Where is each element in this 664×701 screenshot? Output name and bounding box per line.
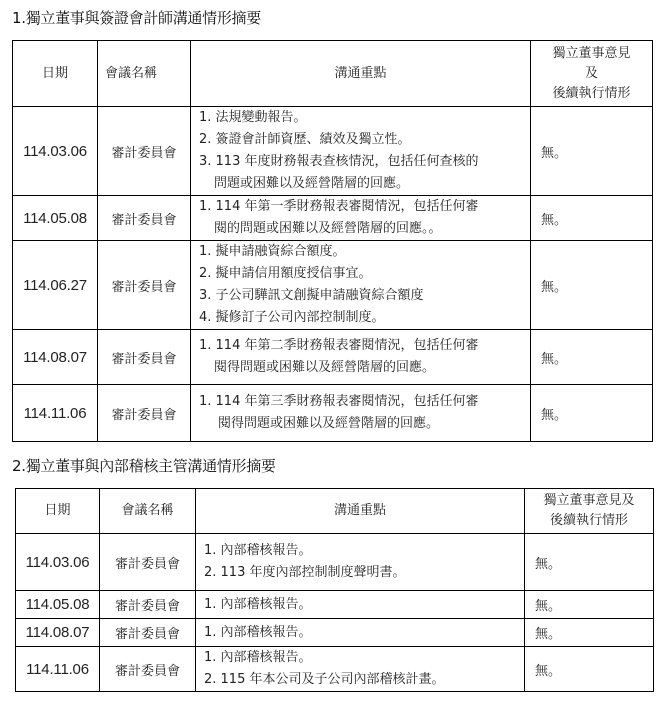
point-item-continuation: 問題或困難以及經營階層的回應。: [199, 173, 530, 195]
point-item: 1. 內部稽核報告。: [204, 647, 524, 669]
point-item: 3. 113 年度財務報表查核情況，包括任何查核的: [199, 151, 530, 173]
point-item: 1. 114 年第三季財務報表審閱情況，包括任何審: [199, 391, 530, 413]
row-points: 1. 114 年第二季財務報表審閱情況，包括任何審 閱得問題或困難以及經營階層的…: [191, 330, 531, 385]
point-item: 2. 擬申請信用額度授信事宜。: [199, 263, 530, 285]
point-item: 1. 內部稽核報告。: [204, 594, 524, 616]
header-points: 溝通重點: [191, 41, 531, 107]
row-opinion: 無。: [525, 534, 654, 591]
row-date: 114.06.27: [13, 241, 98, 330]
table-row: 114.11.06 審計委員會 1. 內部稽核報告。 2. 115 年本公司及子…: [16, 647, 654, 692]
header-date: 日期: [13, 41, 98, 107]
header-opinion: 獨立董事意見及 後續執行情形: [525, 489, 654, 534]
point-item: 2. 113 年度內部控制制度聲明書。: [204, 562, 524, 584]
header-opinion-line3: 後續執行情形: [531, 84, 652, 104]
table-header-row: 日期 會議名稱 溝通重點 獨立董事意見 及 後續執行情形: [13, 41, 653, 107]
row-date: 114.08.07: [13, 330, 98, 385]
row-date: 114.11.06: [16, 647, 100, 692]
table-row: 114.03.06 審計委員會 1. 法規變動報告。 2. 簽證會計師資歷、績效…: [13, 107, 653, 196]
header-points: 溝通重點: [196, 489, 525, 534]
row-points: 1. 114 年第一季財務報表審閱情況，包括任何審 閱的問題或困難以及經營階層的…: [191, 196, 531, 241]
header-opinion-line1: 獨立董事意見: [531, 44, 652, 64]
table-header-row: 日期 會議名稱 溝通重點 獨立董事意見及 後續執行情形: [16, 489, 654, 534]
row-points: 1. 內部稽核報告。: [196, 619, 525, 647]
cpa-communication-table: 日期 會議名稱 溝通重點 獨立董事意見 及 後續執行情形 114.03.06 審…: [12, 40, 653, 442]
point-item-continuation: 閱得問題或困難以及經營階層的回應。: [199, 413, 530, 435]
row-meeting: 審計委員會: [98, 196, 191, 241]
row-meeting: 審計委員會: [100, 647, 196, 692]
point-item-continuation: 閱的問題或困難以及經營階層的回應。。: [199, 218, 530, 240]
point-item: 2. 簽證會計師資歷、績效及獨立性。: [199, 129, 530, 151]
internal-audit-communication-table: 日期 會議名稱 溝通重點 獨立董事意見及 後續執行情形 114.03.06 審計…: [15, 488, 654, 692]
row-points: 1. 內部稽核報告。 2. 113 年度內部控制制度聲明書。: [196, 534, 525, 591]
header-opinion-line1: 獨立董事意見及: [525, 491, 653, 511]
table-row: 114.08.07 審計委員會 1. 內部稽核報告。 無。: [16, 619, 654, 647]
header-opinion-line2: 後續執行情形: [525, 511, 653, 531]
row-date: 114.03.06: [16, 534, 100, 591]
row-meeting: 審計委員會: [98, 241, 191, 330]
point-item: 1. 114 年第一季財務報表審閱情況，包括任何審: [199, 196, 530, 218]
point-item: 3. 子公司驊訊文創擬申請融資綜合額度: [199, 285, 530, 307]
row-opinion: 無。: [531, 241, 653, 330]
point-item-continuation: 閱得問題或困難以及經營階層的回應。: [199, 357, 530, 379]
row-date: 114.03.06: [13, 107, 98, 196]
row-meeting: 審計委員會: [100, 591, 196, 619]
row-points: 1. 擬申請融資綜合額度。 2. 擬申請信用額度授信事宜。 3. 子公司驊訊文創…: [191, 241, 531, 330]
row-opinion: 無。: [525, 647, 654, 692]
header-opinion: 獨立董事意見 及 後續執行情形: [531, 41, 653, 107]
row-points: 1. 內部稽核報告。 2. 115 年本公司及子公司內部稽核計畫。: [196, 647, 525, 692]
row-meeting: 審計委員會: [100, 534, 196, 591]
table-row: 114.05.08 審計委員會 1. 114 年第一季財務報表審閱情況，包括任何…: [13, 196, 653, 241]
table-row: 114.06.27 審計委員會 1. 擬申請融資綜合額度。 2. 擬申請信用額度…: [13, 241, 653, 330]
row-opinion: 無。: [525, 591, 654, 619]
row-points: 1. 114 年第三季財務報表審閱情況，包括任何審 閱得問題或困難以及經營階層的…: [191, 385, 531, 442]
table-row: 114.11.06 審計委員會 1. 114 年第三季財務報表審閱情況，包括任何…: [13, 385, 653, 442]
row-date: 114.08.07: [16, 619, 100, 647]
row-opinion: 無。: [525, 619, 654, 647]
point-item: 1. 內部稽核報告。: [204, 540, 524, 562]
table-row: 114.03.06 審計委員會 1. 內部稽核報告。 2. 113 年度內部控制…: [16, 534, 654, 591]
header-meeting: 會議名稱: [100, 489, 196, 534]
row-meeting: 審計委員會: [98, 107, 191, 196]
row-opinion: 無。: [531, 107, 653, 196]
row-opinion: 無。: [531, 330, 653, 385]
section2-title: 2.獨立董事與內部稽核主管溝通情形摘要: [12, 457, 276, 475]
row-meeting: 審計委員會: [98, 385, 191, 442]
row-meeting: 審計委員會: [100, 619, 196, 647]
row-opinion: 無。: [531, 385, 653, 442]
row-opinion: 無。: [531, 196, 653, 241]
point-item: 1. 內部稽核報告。: [204, 622, 524, 644]
header-opinion-line2: 及: [531, 64, 652, 84]
point-item: 1. 擬申請融資綜合額度。: [199, 241, 530, 263]
row-date: 114.11.06: [13, 385, 98, 442]
section1-title: 1.獨立董事與簽證會計師溝通情形摘要: [12, 9, 261, 27]
row-date: 114.05.08: [13, 196, 98, 241]
header-date: 日期: [16, 489, 100, 534]
point-item: 4. 擬修訂子公司內部控制制度。: [199, 307, 530, 329]
row-points: 1. 法規變動報告。 2. 簽證會計師資歷、績效及獨立性。 3. 113 年度財…: [191, 107, 531, 196]
row-meeting: 審計委員會: [98, 330, 191, 385]
point-item: 1. 114 年第二季財務報表審閱情況，包括任何審: [199, 335, 530, 357]
point-item: 1. 法規變動報告。: [199, 107, 530, 129]
row-date: 114.05.08: [16, 591, 100, 619]
table-row: 114.05.08 審計委員會 1. 內部稽核報告。 無。: [16, 591, 654, 619]
header-meeting: 會議名稱: [98, 41, 191, 107]
row-points: 1. 內部稽核報告。: [196, 591, 525, 619]
point-item: 2. 115 年本公司及子公司內部稽核計畫。: [204, 669, 524, 691]
table-row: 114.08.07 審計委員會 1. 114 年第二季財務報表審閱情況，包括任何…: [13, 330, 653, 385]
